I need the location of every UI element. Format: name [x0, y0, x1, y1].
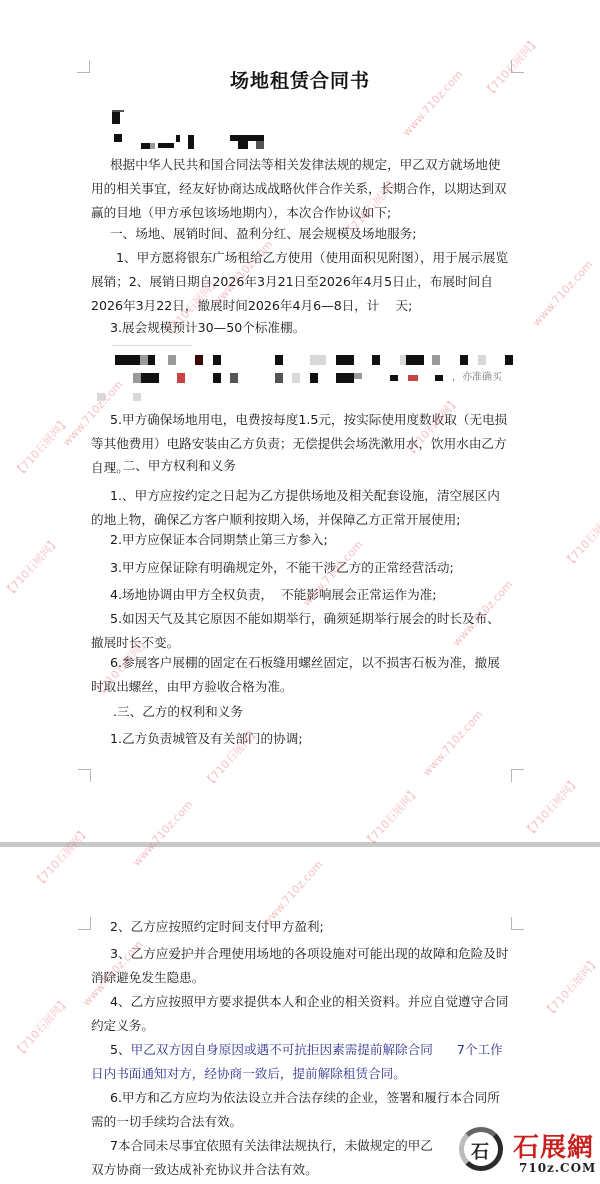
- section-2-item-6: 6.参展客户展棚的固定在石板缝用螺丝固定，以不损害石板为准，撤展时取出螺丝，由甲…: [91, 651, 511, 699]
- document-title: 场地租赁合同书: [0, 66, 600, 93]
- section-3-item-5-highlighted: 甲乙双方因自身原因或遇不可抗拒因素需提前解除合同 7个工作日内书面通知对方，经协…: [91, 1042, 503, 1081]
- section-3-item-3: 3、乙方应爱护并合理使用场地的各项设施对可能出现的故障和危险及时消除避免发生隐患…: [91, 942, 511, 990]
- intro-paragraph: 根据中华人民共和国合同法等相关发律法规的规定，甲乙双方就场地使用的相关事宜，经友…: [91, 153, 511, 225]
- section-1-item-3: 3.展会规模预计30—50个标准棚。: [91, 316, 511, 340]
- site-logo: 石 石展網 710z.COM: [455, 1123, 600, 1181]
- page-corner-mark: [511, 917, 524, 930]
- section-3-item-7: 7本合同未尽事宜依照有关法律法规执行，未做规定的甲乙双方协商一致达成补充协议并合…: [91, 1134, 441, 1182]
- section-2-item-1: 1.、甲方应按约定之日起为乙方提供场地及相关配套设施，清空展区内的地上物，确保乙…: [91, 484, 511, 532]
- redacted-item-4-tail: ，亦准确买: [452, 368, 502, 383]
- section-3-item-4: 4、乙方应按照甲方要求提供本人和企业的相关资料。并应自觉遵守合同约定义务。: [91, 990, 511, 1038]
- section-1-item-1: 1、甲方愿将银东广场租给乙方使用（使用面积见附图），用于展示展览展销；2、展销日…: [91, 246, 511, 318]
- section-2-item-2: 2.甲方应保证本合同期禁止第三方参入;: [91, 528, 511, 552]
- logo-url: 710z.COM: [519, 1161, 596, 1175]
- logo-glyph: 石: [471, 1138, 489, 1164]
- section-2-item-5: 5.如因天气及其它原因不能如期举行，确须延期举行展会的时长及布、撤展时长不变。: [91, 607, 511, 655]
- section-2-item-4: 4.场地协调由甲方全权负责， 不能影响展会正常运作为准;: [91, 583, 511, 607]
- page-corner-mark: [78, 769, 91, 782]
- section-2-heading: 、二、甲方权利和义务: [91, 454, 511, 478]
- page-corner-mark: [78, 917, 91, 930]
- logo-name: 石展網: [513, 1127, 594, 1164]
- document-page-1: 场地租赁合同书 根据中华人民共和国合同法等相关发律法规的规定，甲乙双方就场地使用…: [0, 0, 600, 842]
- section-3-item-1: 1.乙方负责城管及有关部门的协调;: [91, 727, 511, 751]
- section-3-item-6: 6.甲方和乙方应均为依法设立并合法存续的企业，签署和履行本合同所需的一切手续均合…: [91, 1086, 511, 1134]
- page-corner-mark: [511, 769, 524, 782]
- section-3-heading: .三、乙方的权利和义务: [91, 700, 511, 724]
- section-1-heading: 一、场地、展销时间、盈利分红、展会规模及场地服务;: [91, 222, 511, 246]
- section-3-item-5: 5、甲乙双方因自身原因或遇不可抗拒因素需提前解除合同 7个工作日内书面通知对方，…: [91, 1038, 511, 1086]
- section-3-item-2: 2、乙方应按照约定时间支付甲方盈利;: [91, 915, 511, 939]
- section-2-item-3: 3.甲方应保证除有明确规定外，不能干涉乙方的正常经营活动;: [91, 556, 511, 580]
